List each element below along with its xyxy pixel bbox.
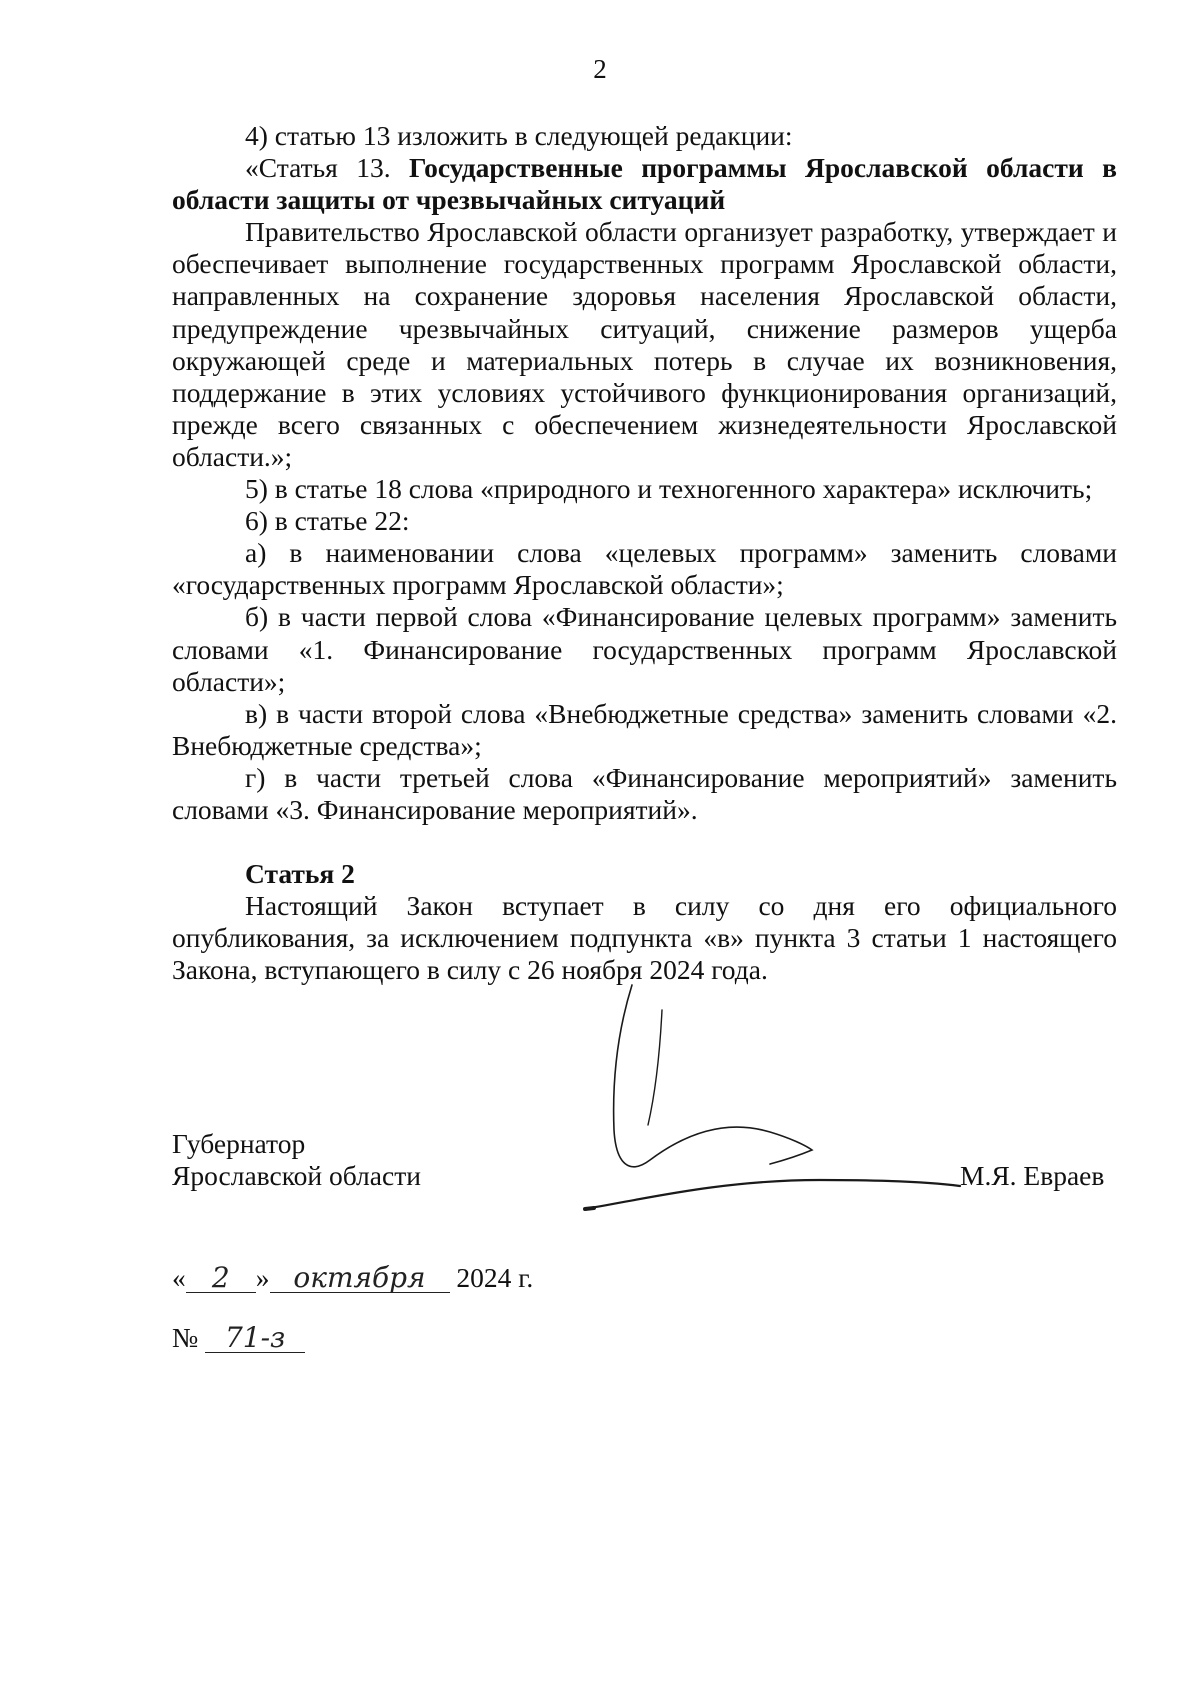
article-13-prefix: «Статья 13. (245, 152, 409, 183)
date-open-quote: « (172, 1262, 186, 1293)
paragraph-item-4: 4) статью 13 изложить в следующей редакц… (172, 120, 1117, 152)
article-2-text: Настоящий Закон вступает в силу со дня е… (172, 890, 1117, 986)
signing-date: «2»октября 2024 г. (172, 1262, 533, 1294)
document-page: 2 4) статью 13 изложить в следующей реда… (0, 0, 1200, 1697)
signatory-name: М.Я. Евраев (960, 1160, 1104, 1192)
document-body: 4) статью 13 изложить в следующей редакц… (172, 120, 1117, 986)
subparagraph-v: в) в части второй слова «Внебюджетные ср… (172, 698, 1117, 762)
date-month: октября (270, 1264, 450, 1293)
article-2-heading: Статья 2 (172, 858, 1117, 890)
law-number: № 71-з (172, 1322, 305, 1354)
paragraph-item-6: 6) в статье 22: (172, 505, 1117, 537)
date-year: 2024 г. (456, 1262, 533, 1293)
subparagraph-g: г) в части третьей слова «Финансирование… (172, 762, 1117, 826)
date-close-quote: » (256, 1262, 270, 1293)
date-day: 2 (186, 1264, 256, 1293)
signatory-title: Губернатор Ярославской области (172, 1128, 421, 1192)
signatory-title-line1: Губернатор (172, 1128, 421, 1160)
article-13-text: Правительство Ярославской области органи… (172, 216, 1117, 473)
article-13-title: «Статья 13. Государственные программы Яр… (172, 152, 1117, 216)
number-label: № (172, 1322, 198, 1353)
spacer (172, 826, 1117, 858)
page-number: 2 (0, 54, 1200, 85)
number-value: 71-з (205, 1324, 305, 1353)
subparagraph-b: б) в части первой слова «Финансирование … (172, 601, 1117, 697)
subparagraph-a: а) в наименовании слова «целевых програм… (172, 537, 1117, 601)
paragraph-item-5: 5) в статье 18 слова «природного и техно… (172, 473, 1117, 505)
signatory-title-line2: Ярославской области (172, 1160, 421, 1192)
